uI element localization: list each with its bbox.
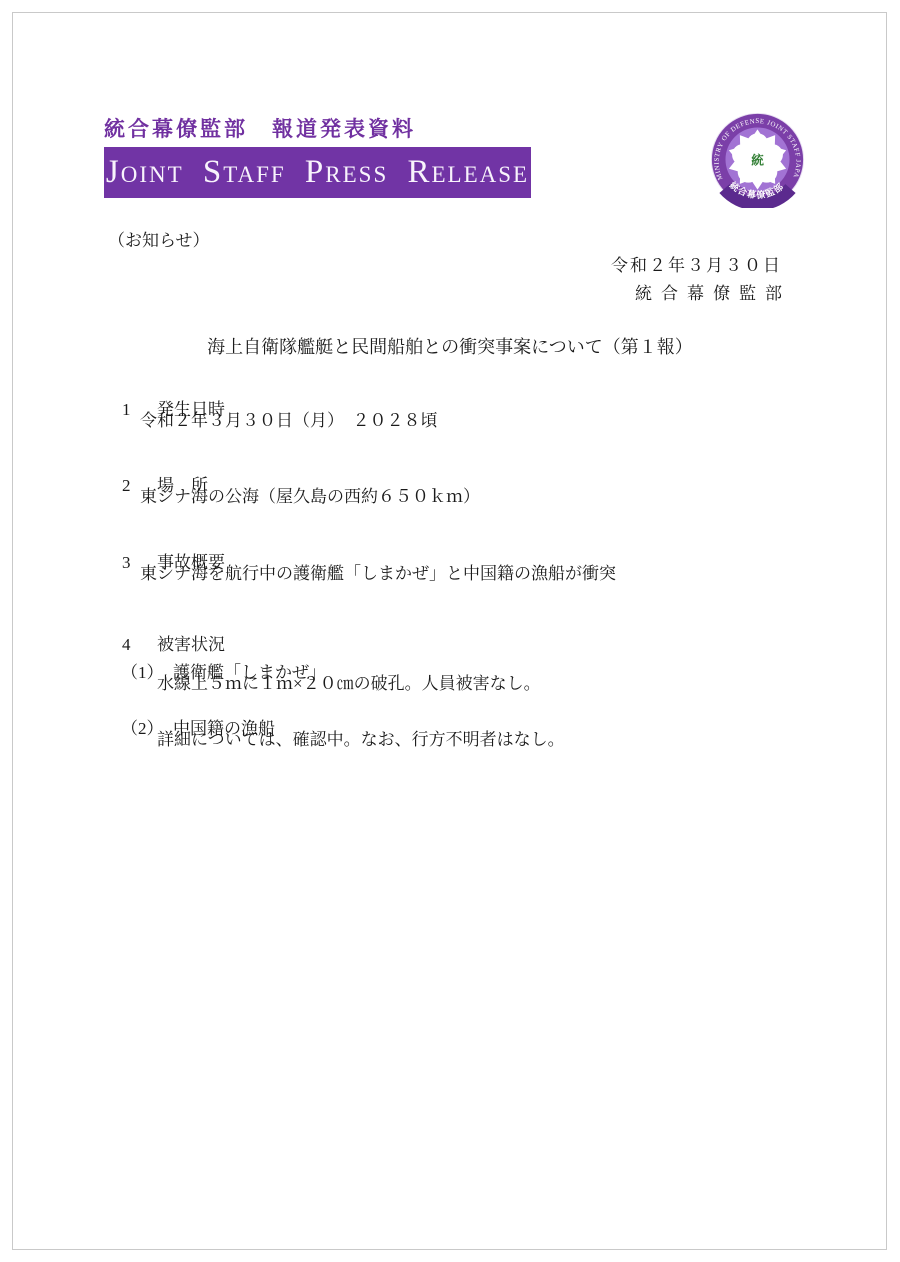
section-2-body: 東シナ海の公海（屋久島の西約６５０ｋｍ） xyxy=(140,488,480,505)
emblem-center-glyph: 統 xyxy=(750,152,764,167)
subitem-2-body: 詳細については、確認中。なお、行方不明者はなし。 xyxy=(157,731,565,748)
section-1-body: 令和２年３月３０日（月） ２０２８頃 xyxy=(140,412,438,429)
issue-date: 令和２年３月３０日 xyxy=(611,251,782,276)
document-title: 海上自衛隊艦艇と民間船舶との衝突事案について（第１報） xyxy=(0,333,900,359)
subitem-1-body: 水線上５ｍに１ｍ×２０㎝の破孔。人員被害なし。 xyxy=(157,675,541,692)
joint-staff-emblem-icon: 統 MINISTRY OF DEFENSE JOINT STAFF JAPAN … xyxy=(709,111,806,208)
banner-title: Joint Staff Press Release xyxy=(106,156,529,189)
notice-label: （お知らせ） xyxy=(108,226,210,251)
press-release-page: 統合幕僚監部 報道発表資料 Joint Staff Press Release … xyxy=(0,0,900,1262)
agency-title: 統合幕僚監部 報道発表資料 xyxy=(104,113,416,143)
issuer-name: 統合幕僚監部 xyxy=(635,279,791,304)
press-release-banner: Joint Staff Press Release xyxy=(104,147,531,198)
section-3-body: 東シナ海を航行中の護衛艦「しまかぜ」と中国籍の漁船が衝突 xyxy=(140,565,616,582)
